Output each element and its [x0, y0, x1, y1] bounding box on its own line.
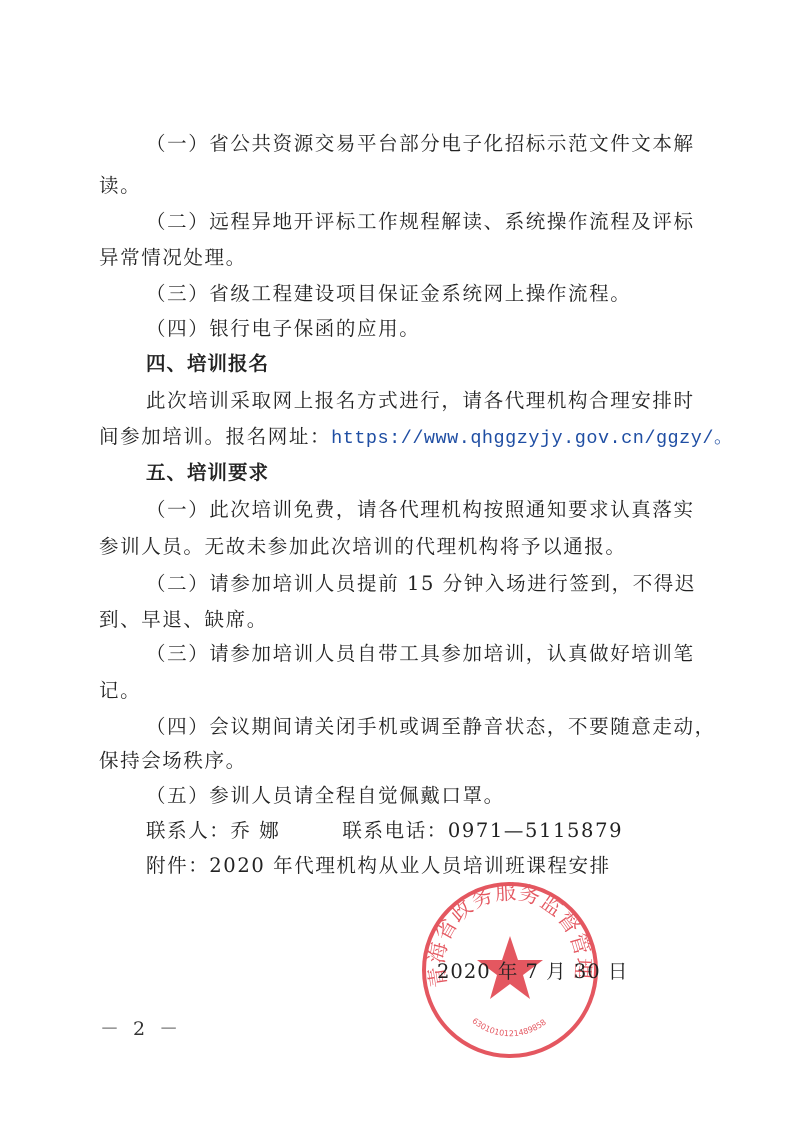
paragraph-line: （四）会议期间请关闭手机或调至静音状态，不要随意走动， — [146, 713, 756, 741]
paragraph-line: （三）省级工程建设项目保证金系统网上操作流程。 — [146, 280, 756, 308]
paragraph-line: 异常情况处理。 — [99, 244, 709, 272]
section-heading-registration: 四、培训报名 — [146, 350, 756, 378]
paragraph-line: 到、早退、缺席。 — [99, 606, 709, 634]
registration-url-link[interactable]: https://www.qhggzyjy.gov.cn/ggzy/。 — [331, 428, 733, 449]
paragraph-line: 读。 — [99, 172, 709, 200]
document-page: （一）省公共资源交易平台部分电子化招标示范文件文本解 读。 （二）远程异地开评标… — [0, 0, 793, 1121]
paragraph-line: （二）请参加培训人员提前 15 分钟入场进行签到，不得迟 — [146, 570, 756, 598]
contact-line: 联系人：乔 娜联系电话：0971—5115879 — [146, 817, 756, 845]
paragraph-line: （三）请参加培训人员自带工具参加培训，认真做好培训笔 — [146, 640, 756, 668]
document-date: 2020 年 7 月 30 日 — [437, 956, 628, 984]
paragraph-line: （一）省公共资源交易平台部分电子化招标示范文件文本解 — [146, 130, 756, 158]
paragraph-line: 参训人员。无故未参加此次培训的代理机构将予以通报。 — [99, 533, 709, 561]
paragraph-line: （一）此次培训免费，请各代理机构按照通知要求认真落实 — [146, 496, 756, 524]
paragraph-line: 此次培训采取网上报名方式进行，请各代理机构合理安排时 — [146, 387, 756, 415]
registration-label: 间参加培训。报名网址： — [99, 425, 331, 448]
paragraph-line: 保持会场秩序。 — [99, 747, 709, 775]
paragraph-line: （二）远程异地开评标工作规程解读、系统操作流程及评标 — [146, 208, 756, 236]
paragraph-line: 间参加培训。报名网址：https://www.qhggzyjy.gov.cn/g… — [99, 423, 709, 453]
contact-person: 联系人：乔 娜 — [146, 819, 280, 842]
svg-text:6301010121489858: 6301010121489858 — [470, 1016, 548, 1038]
paragraph-line: 记。 — [99, 677, 709, 705]
section-heading-requirements: 五、培训要求 — [146, 459, 756, 487]
paragraph-line: （四）银行电子保函的应用。 — [146, 315, 756, 343]
seal-code: 6301010121489858 — [470, 1016, 548, 1038]
paragraph-line: （五）参训人员请全程自觉佩戴口罩。 — [146, 782, 756, 810]
page-number: － 2 － — [100, 1014, 182, 1041]
attachment-line: 附件：2020 年代理机构从业人员培训班课程安排 — [146, 852, 756, 880]
contact-phone: 联系电话：0971—5115879 — [342, 819, 623, 842]
